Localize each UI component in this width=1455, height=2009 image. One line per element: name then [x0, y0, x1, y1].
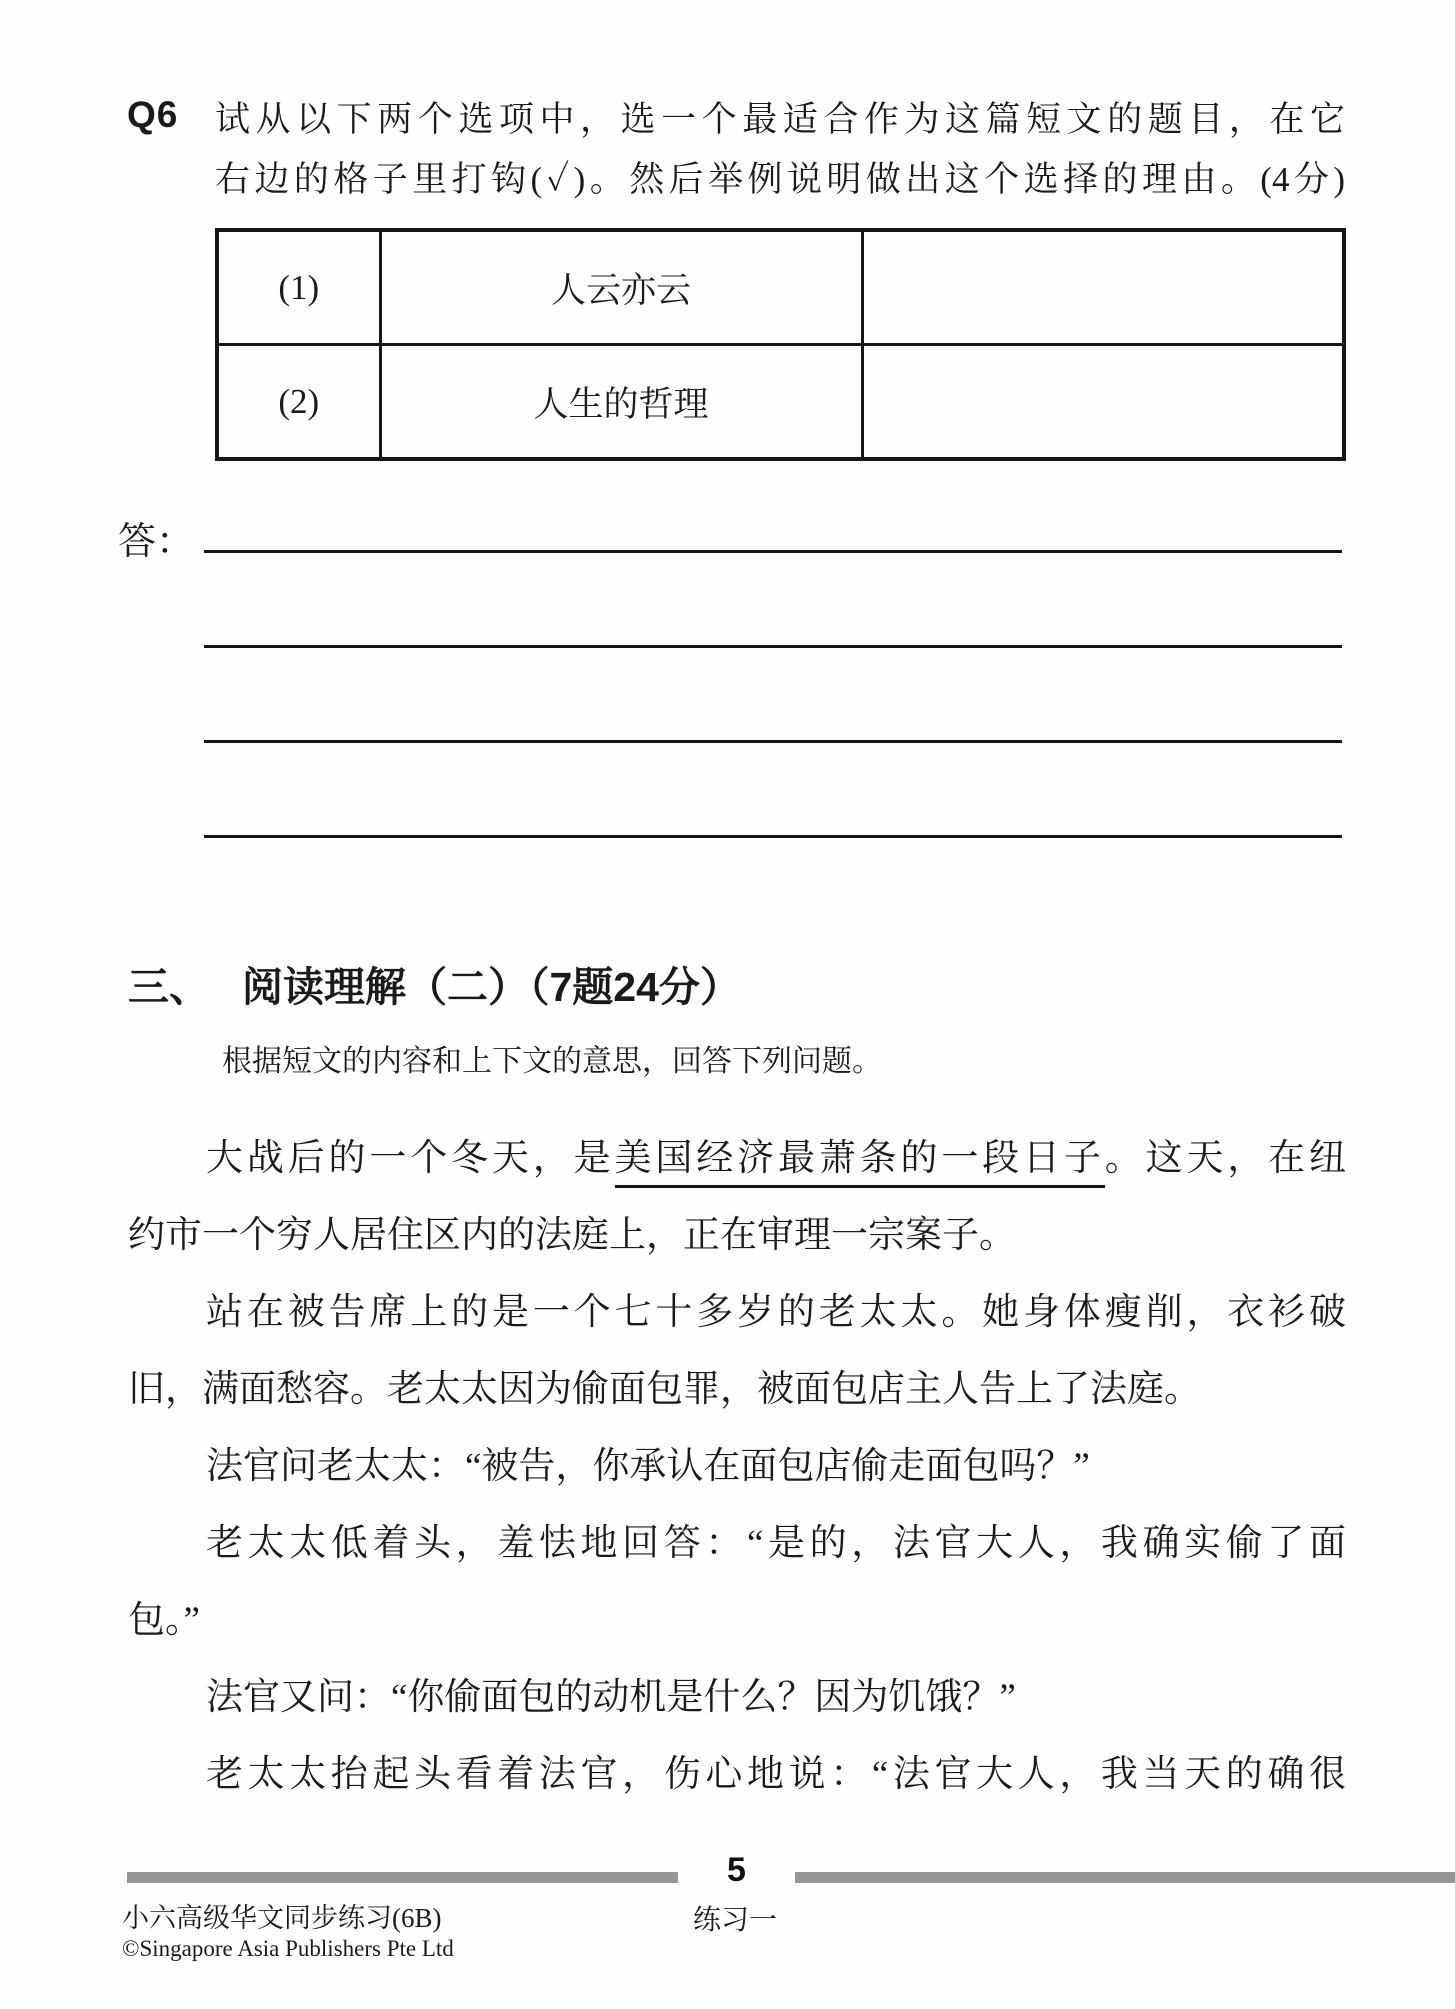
- passage-line-1-post: 。这天，在纽: [1105, 1138, 1346, 1179]
- section-number: 三、: [128, 964, 210, 1010]
- passage-line-1-pre: 大战后的一个冬天，是: [206, 1138, 615, 1179]
- section-title: 阅读理解（二）（7题24分）: [242, 964, 741, 1010]
- question-prompt: 试从以下两个选项中，选一个最适合作为这篇短文的题目，在它 右边的格子里打钩(✓)…: [215, 90, 1345, 210]
- option-1-title: 人云亦云: [380, 230, 862, 345]
- worksheet-page: Q6 试从以下两个选项中，选一个最适合作为这篇短文的题目，在它 右边的格子里打钩…: [0, 0, 1455, 2009]
- option-2-number: (2): [217, 345, 380, 460]
- footer-book-title: 小六高级华文同步练习(6B): [122, 1896, 442, 1935]
- table-row-option-2: (2) 人生的哲理: [217, 345, 1344, 460]
- passage-line-8: 法官又问：“你偷面包的动机是什么？因为饥饿？”: [128, 1659, 1346, 1736]
- passage-line-6: 老太太低着头，羞怯地回答：“是的，法官大人，我确实偷了面: [128, 1505, 1346, 1582]
- page-number: 5: [678, 1851, 795, 1890]
- question-prompt-line1: 试从以下两个选项中，选一个最适合作为这篇短文的题目，在它: [215, 90, 1345, 150]
- question-prompt-line2: 右边的格子里打钩(✓)。然后举例说明做出这个选择的理由。(4分): [215, 150, 1345, 210]
- passage-line-3: 站在被告席上的是一个七十多岁的老太太。她身体瘦削，衣衫破: [128, 1274, 1346, 1351]
- footer-rule-right: [795, 1872, 1455, 1883]
- passage-line-7: 包。”: [128, 1582, 1346, 1659]
- passage-line-2: 约市一个穷人居住区内的法庭上，正在审理一宗案子。: [128, 1197, 1346, 1274]
- answer-line-1[interactable]: [204, 550, 1342, 553]
- question-number: Q6: [127, 94, 178, 136]
- answer-line-3[interactable]: [204, 740, 1342, 743]
- answer-line-4[interactable]: [204, 835, 1342, 838]
- passage-line-4: 旧，满面愁容。老太太因为偷面包罪，被面包店主人告上了法庭。: [128, 1351, 1346, 1428]
- footer-copyright: ©Singapore Asia Publishers Pte Ltd: [122, 1936, 454, 1962]
- option-2-title: 人生的哲理: [380, 345, 862, 460]
- passage-underlined-phrase: 美国经济最萧条的一段日子: [615, 1138, 1105, 1188]
- table-row-option-1: (1) 人云亦云: [217, 230, 1344, 345]
- passage-line-1: 大战后的一个冬天，是美国经济最萧条的一段日子。这天，在纽: [128, 1120, 1346, 1197]
- option-2-tick-cell[interactable]: [862, 345, 1344, 460]
- option-1-tick-cell[interactable]: [862, 230, 1344, 345]
- passage-line-9: 老太太抬起头看着法官，伤心地说：“法官大人，我当天的确很: [128, 1736, 1346, 1813]
- answer-label: 答：: [118, 510, 194, 565]
- footer-rule-left: [127, 1872, 678, 1883]
- reading-passage: 大战后的一个冬天，是美国经济最萧条的一段日子。这天，在纽 约市一个穷人居住区内的…: [128, 1120, 1346, 1813]
- footer-exercise-label: 练习一: [640, 1898, 830, 1938]
- section-instruction: 根据短文的内容和上下文的意思，回答下列问题。: [222, 1036, 882, 1080]
- section-heading: 三、阅读理解（二）（7题24分）: [128, 954, 741, 1013]
- answer-line-2[interactable]: [204, 645, 1342, 648]
- options-table: (1) 人云亦云 (2) 人生的哲理: [215, 228, 1346, 461]
- passage-line-5: 法官问老太太：“被告，你承认在面包店偷走面包吗？”: [128, 1428, 1346, 1505]
- option-1-number: (1): [217, 230, 380, 345]
